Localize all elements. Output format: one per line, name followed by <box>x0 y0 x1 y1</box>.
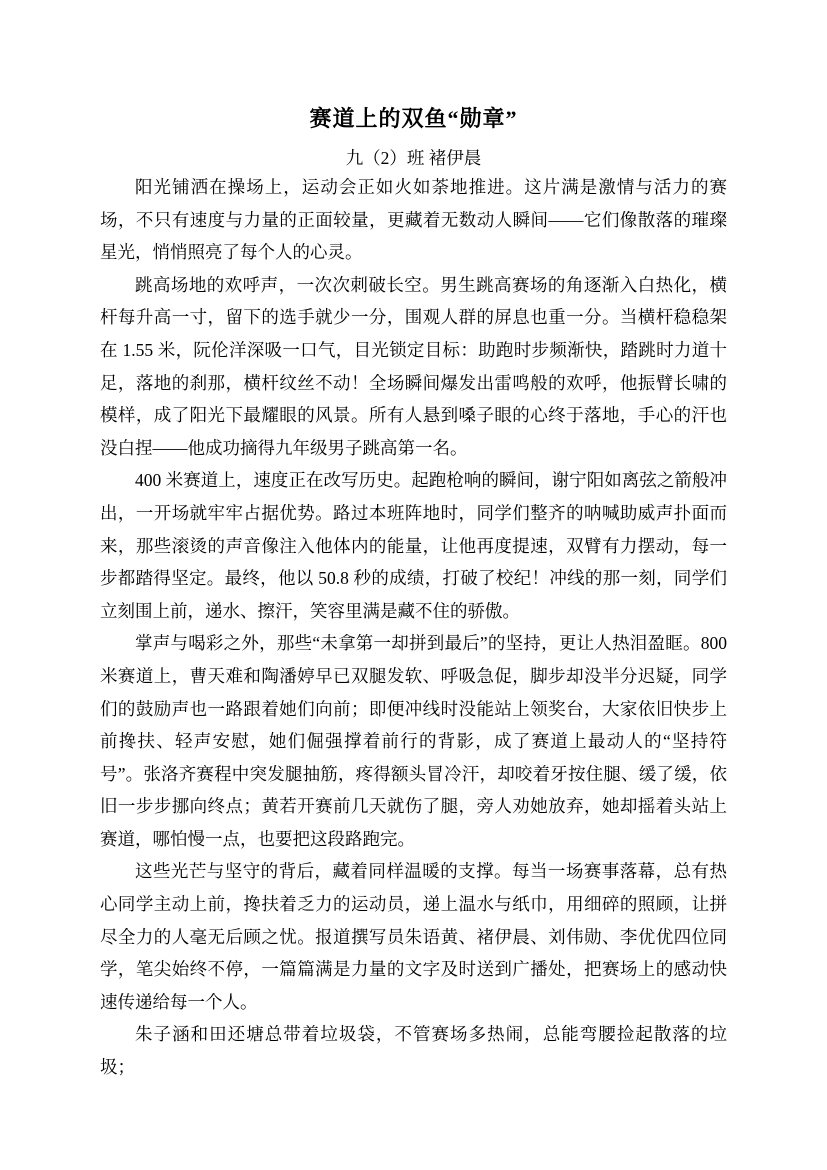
document-page: 赛道上的双鱼“勋章” 九（2）班 褚伊晨 阳光铺洒在操场上，运动会正如火如荼地推… <box>0 0 827 1170</box>
document-title: 赛道上的双鱼“勋章” <box>100 103 727 135</box>
body-paragraph-6: 朱子涵和田还塘总带着垃圾袋，不管赛场多热闹，总能弯腰捡起散落的垃圾； <box>100 1018 727 1083</box>
body-paragraph-3: 400 米赛道上，速度正在改写历史。起跑枪响的瞬间，谢宁阳如离弦之箭般冲出，一开… <box>100 464 727 627</box>
document-byline: 九（2）班 褚伊晨 <box>100 145 727 171</box>
document-content: 赛道上的双鱼“勋章” 九（2）班 褚伊晨 阳光铺洒在操场上，运动会正如火如荼地推… <box>100 103 727 1084</box>
body-paragraph-5: 这些光芒与坚守的背后，藏着同样温暖的支撑。每当一场赛事落幕，总有热心同学主动上前… <box>100 855 727 1018</box>
body-paragraph-1: 阳光铺洒在操场上，运动会正如火如荼地推进。这片满是激情与活力的赛场，不只有速度与… <box>100 171 727 269</box>
body-paragraph-2: 跳高场地的欢呼声，一次次刺破长空。男生跳高赛场的角逐渐入白热化，横杆每升高一寸，… <box>100 269 727 465</box>
body-paragraph-4: 掌声与喝彩之外，那些“未拿第一却拼到最后”的坚持，更让人热泪盈眶。800 米赛道… <box>100 627 727 855</box>
document-body: 阳光铺洒在操场上，运动会正如火如荼地推进。这片满是激情与活力的赛场，不只有速度与… <box>100 171 727 1084</box>
